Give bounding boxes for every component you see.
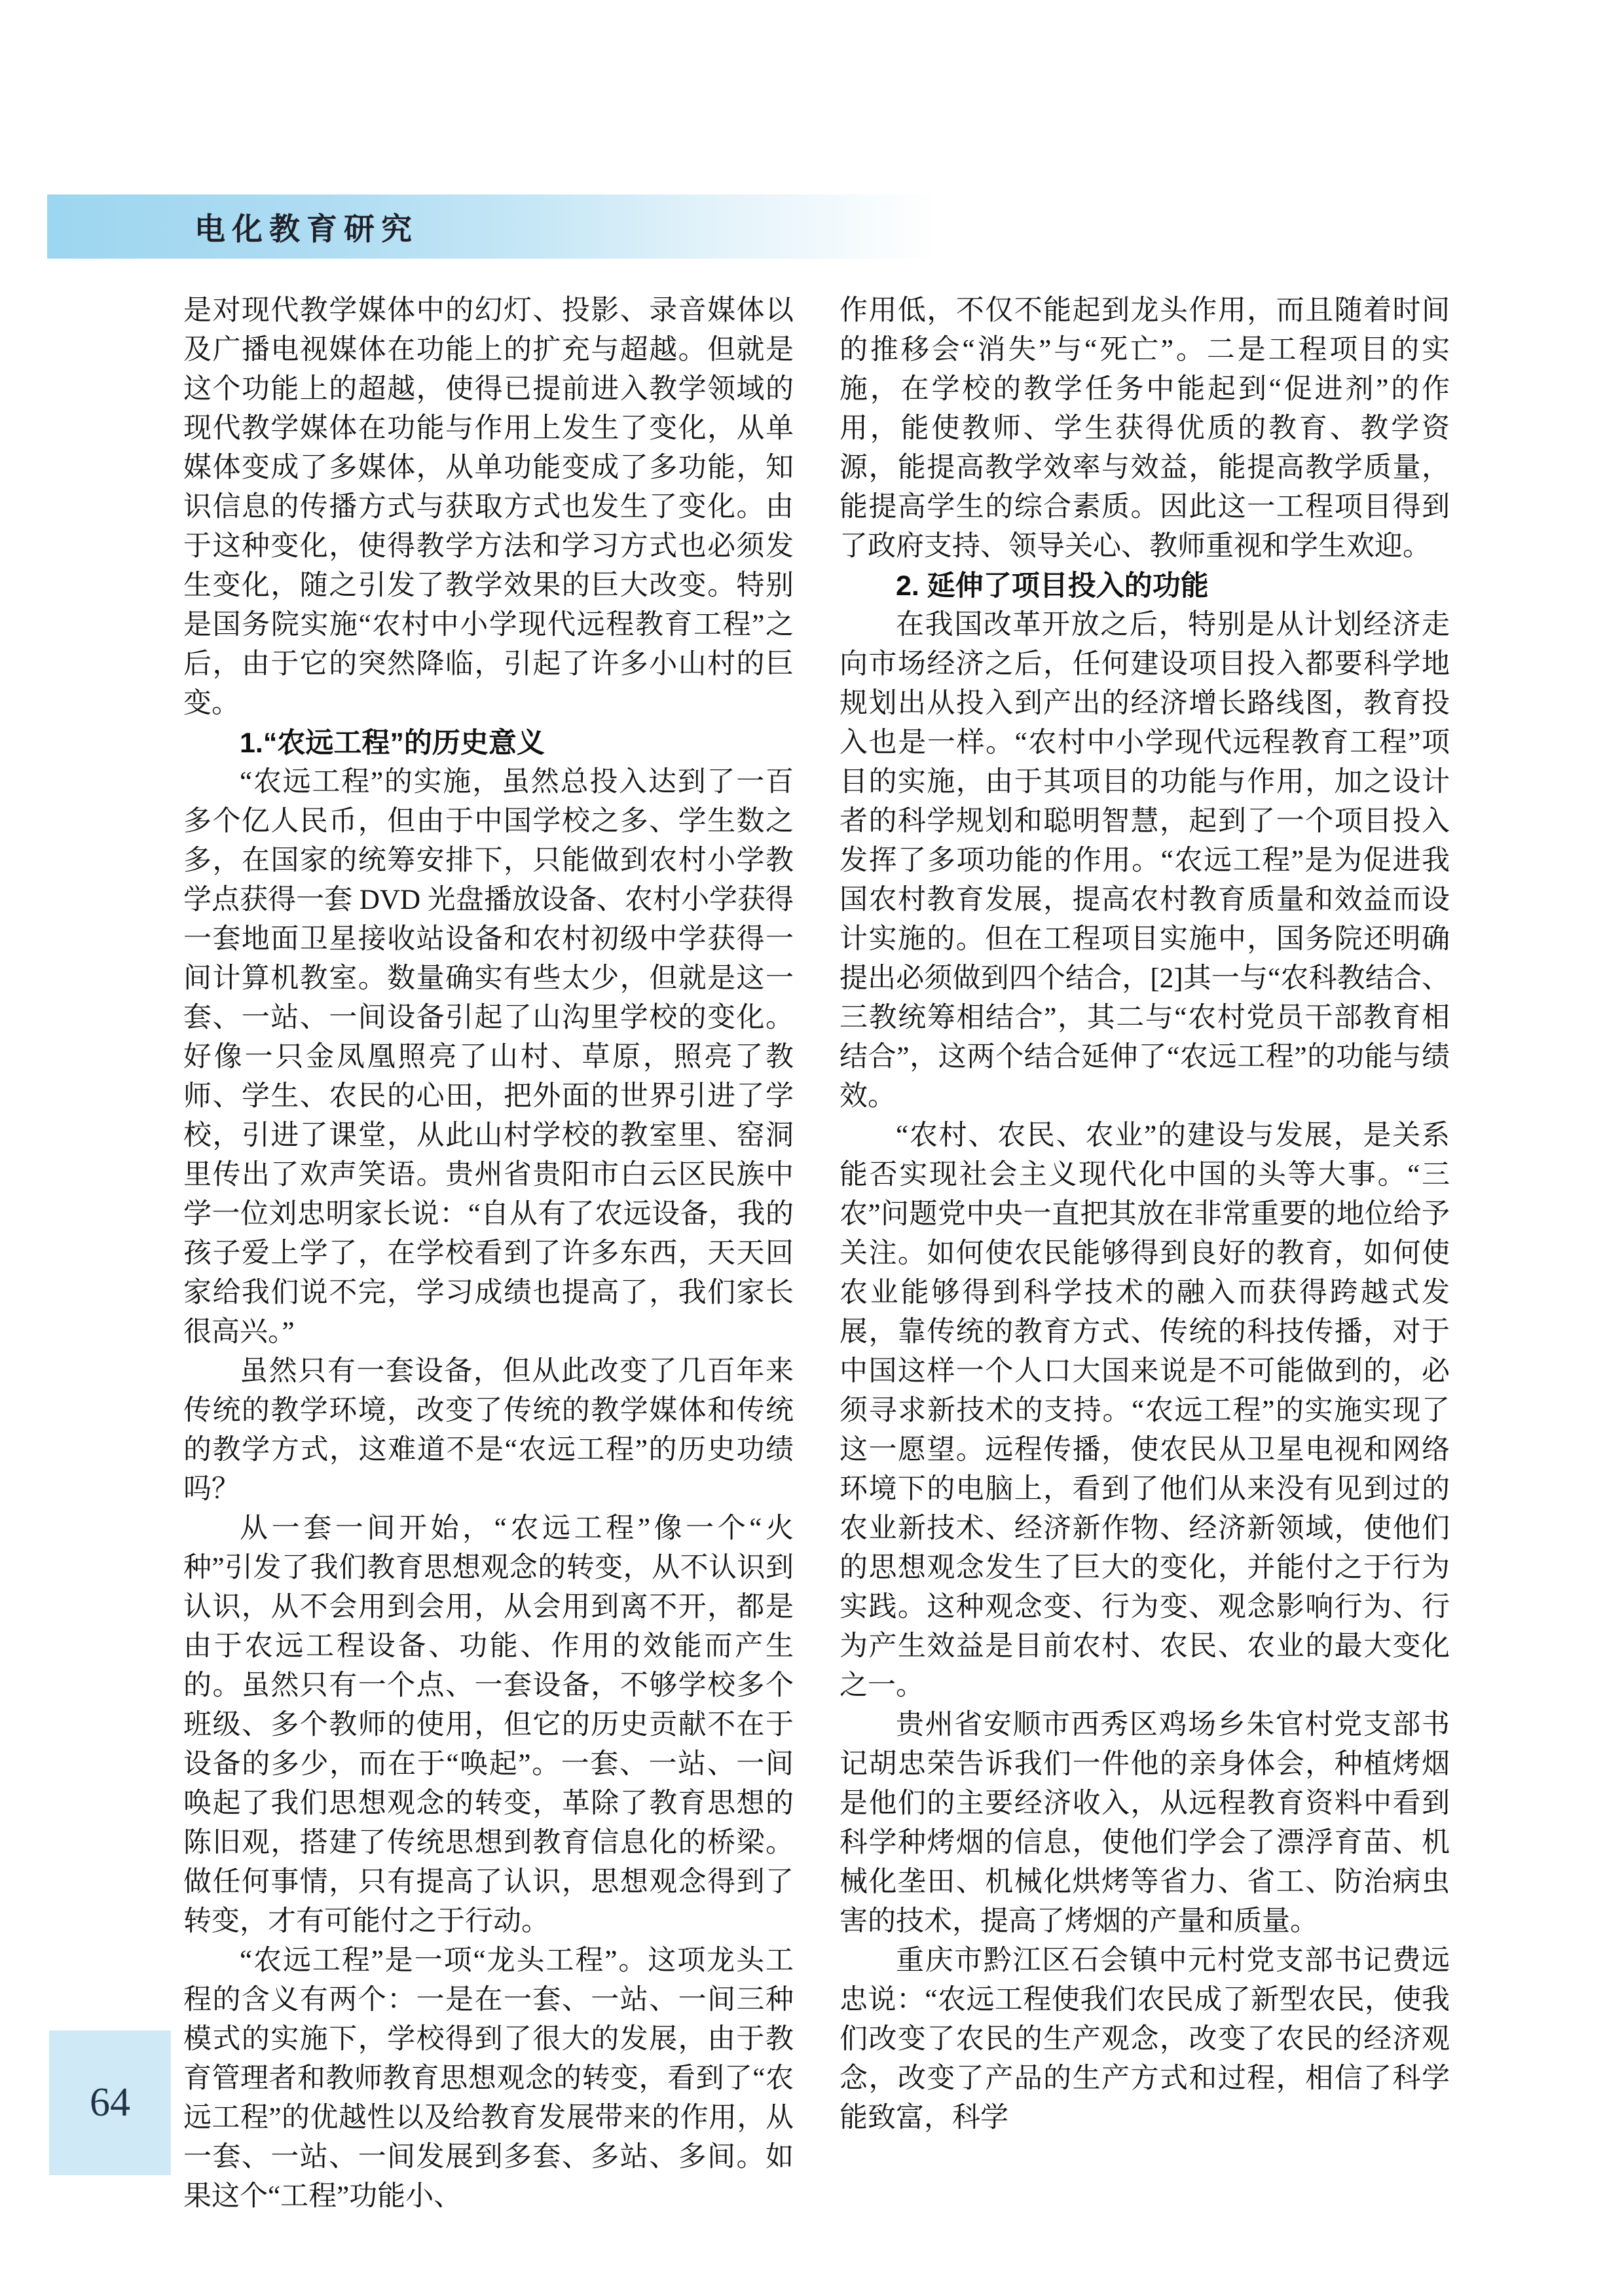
section-heading: 1.“农远工程”的历史意义 <box>183 724 794 763</box>
section-heading: 2. 延伸了项目投入的功能 <box>840 566 1450 606</box>
journal-page: 电化教育研究 是对现代教学媒体中的幻灯、投影、录音媒体以及广播电视媒体在功能上的… <box>0 0 1624 2295</box>
paragraph: 虽然只有一套设备，但从此改变了几百年来传统的教学环境，改变了传统的教学媒体和传统… <box>183 1352 794 1509</box>
right-column: 作用低，不仅不能起到龙头作用，而且随着时间的推移会“消失”与“死亡”。二是工程项… <box>840 291 1450 2138</box>
paragraph: 从一套一间开始，“农远工程”像一个“火种”引发了我们教育思想观念的转变，从不认识… <box>183 1509 794 1941</box>
journal-title: 电化教育研究 <box>194 205 418 249</box>
paragraph: 重庆市黔江区石会镇中元村党支部书记费远忠说：“农远工程使我们农民成了新型农民，使… <box>840 1941 1450 2138</box>
left-column: 是对现代教学媒体中的幻灯、投影、录音媒体以及广播电视媒体在功能上的扩充与超越。但… <box>183 291 794 2216</box>
paragraph: 在我国改革开放之后，特别是从计划经济走向市场经济之后，任何建设项目投入都要科学地… <box>840 606 1450 1116</box>
paragraph: 贵州省安顺市西秀区鸡场乡朱官村党支部书记胡忠荣告诉我们一件他的亲身体会，种植烤烟… <box>840 1706 1450 1941</box>
header-band: 电化教育研究 <box>47 194 1135 259</box>
page-number: 64 <box>90 2080 130 2126</box>
paragraph: “农村、农民、农业”的建设与发展，是关系能否实现社会主义现代化中国的头等大事。“… <box>840 1116 1450 1706</box>
paragraph: 是对现代教学媒体中的幻灯、投影、录音媒体以及广播电视媒体在功能上的扩充与超越。但… <box>183 291 794 724</box>
paragraph: “农远工程”是一项“龙头工程”。这项龙头工程的含义有两个：一是在一套、一站、一间… <box>183 1941 794 2216</box>
paragraph: 作用低，不仅不能起到龙头作用，而且随着时间的推移会“消失”与“死亡”。二是工程项… <box>840 291 1450 566</box>
page-number-box: 64 <box>49 2030 171 2175</box>
paragraph: “农远工程”的实施，虽然总投入达到了一百多个亿人民币，但由于中国学校之多、学生数… <box>183 763 794 1352</box>
